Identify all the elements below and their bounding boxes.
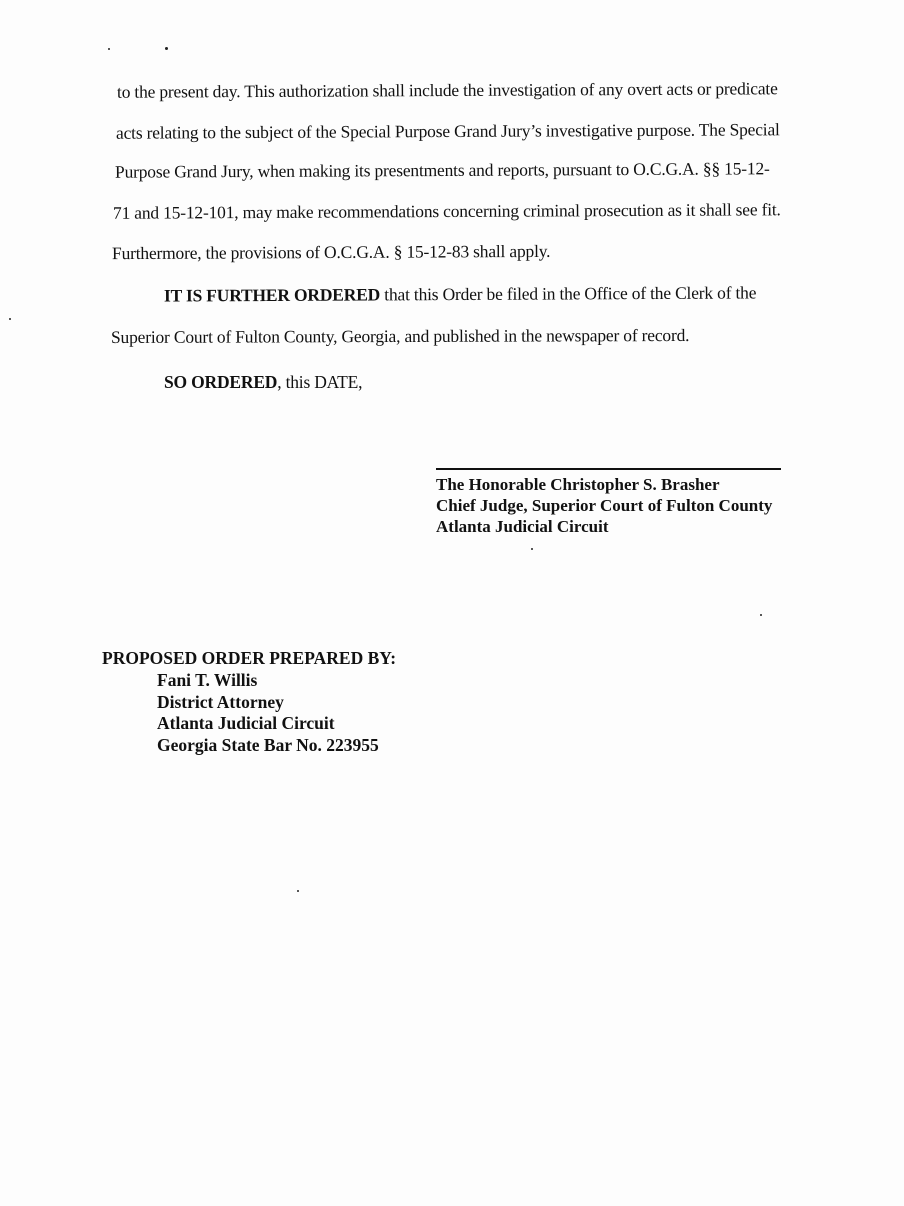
paragraph-line: to the present day. This authorization s… [117,78,778,102]
scan-speck [297,890,299,892]
paragraph-line: Purpose Grand Jury, when making its pres… [115,158,770,182]
preparer-bar-number: Georgia State Bar No. 223955 [157,735,379,757]
paragraph-line: Furthermore, the provisions of O.C.G.A. … [112,241,550,264]
scan-speck [108,48,110,50]
further-ordered-text: that this Order be filed in the Office o… [380,282,756,304]
judge-circuit: Atlanta Judicial Circuit [436,516,772,537]
scan-speck [760,614,762,616]
further-ordered-line: IT IS FURTHER ORDERED that this Order be… [164,282,756,306]
document-page: to the present day. This authorization s… [0,0,904,1206]
so-ordered-lead: SO ORDERED [164,372,277,392]
scan-speck [531,548,533,550]
prepared-by-heading: PROPOSED ORDER PREPARED BY: [102,648,396,669]
preparer-title: District Attorney [157,692,379,714]
scan-speck [165,47,168,50]
prepared-by-block: Fani T. Willis District Attorney Atlanta… [157,670,379,756]
further-ordered-lead: IT IS FURTHER ORDERED [164,284,380,305]
signature-line [436,468,781,470]
preparer-name: Fani T. Willis [157,670,379,692]
further-ordered-line-2: Superior Court of Fulton County, Georgia… [111,325,689,348]
so-ordered-text: , this DATE, [277,372,362,392]
so-ordered-line: SO ORDERED, this DATE, [164,372,362,393]
paragraph-line: 71 and 15-12-101, may make recommendatio… [113,199,781,223]
paragraph-line: acts relating to the subject of the Spec… [116,119,780,143]
preparer-circuit: Atlanta Judicial Circuit [157,713,379,735]
judge-title: Chief Judge, Superior Court of Fulton Co… [436,495,772,516]
judge-name: The Honorable Christopher S. Brasher [436,474,772,495]
scan-speck [9,318,11,320]
signature-block: The Honorable Christopher S. Brasher Chi… [436,474,772,537]
